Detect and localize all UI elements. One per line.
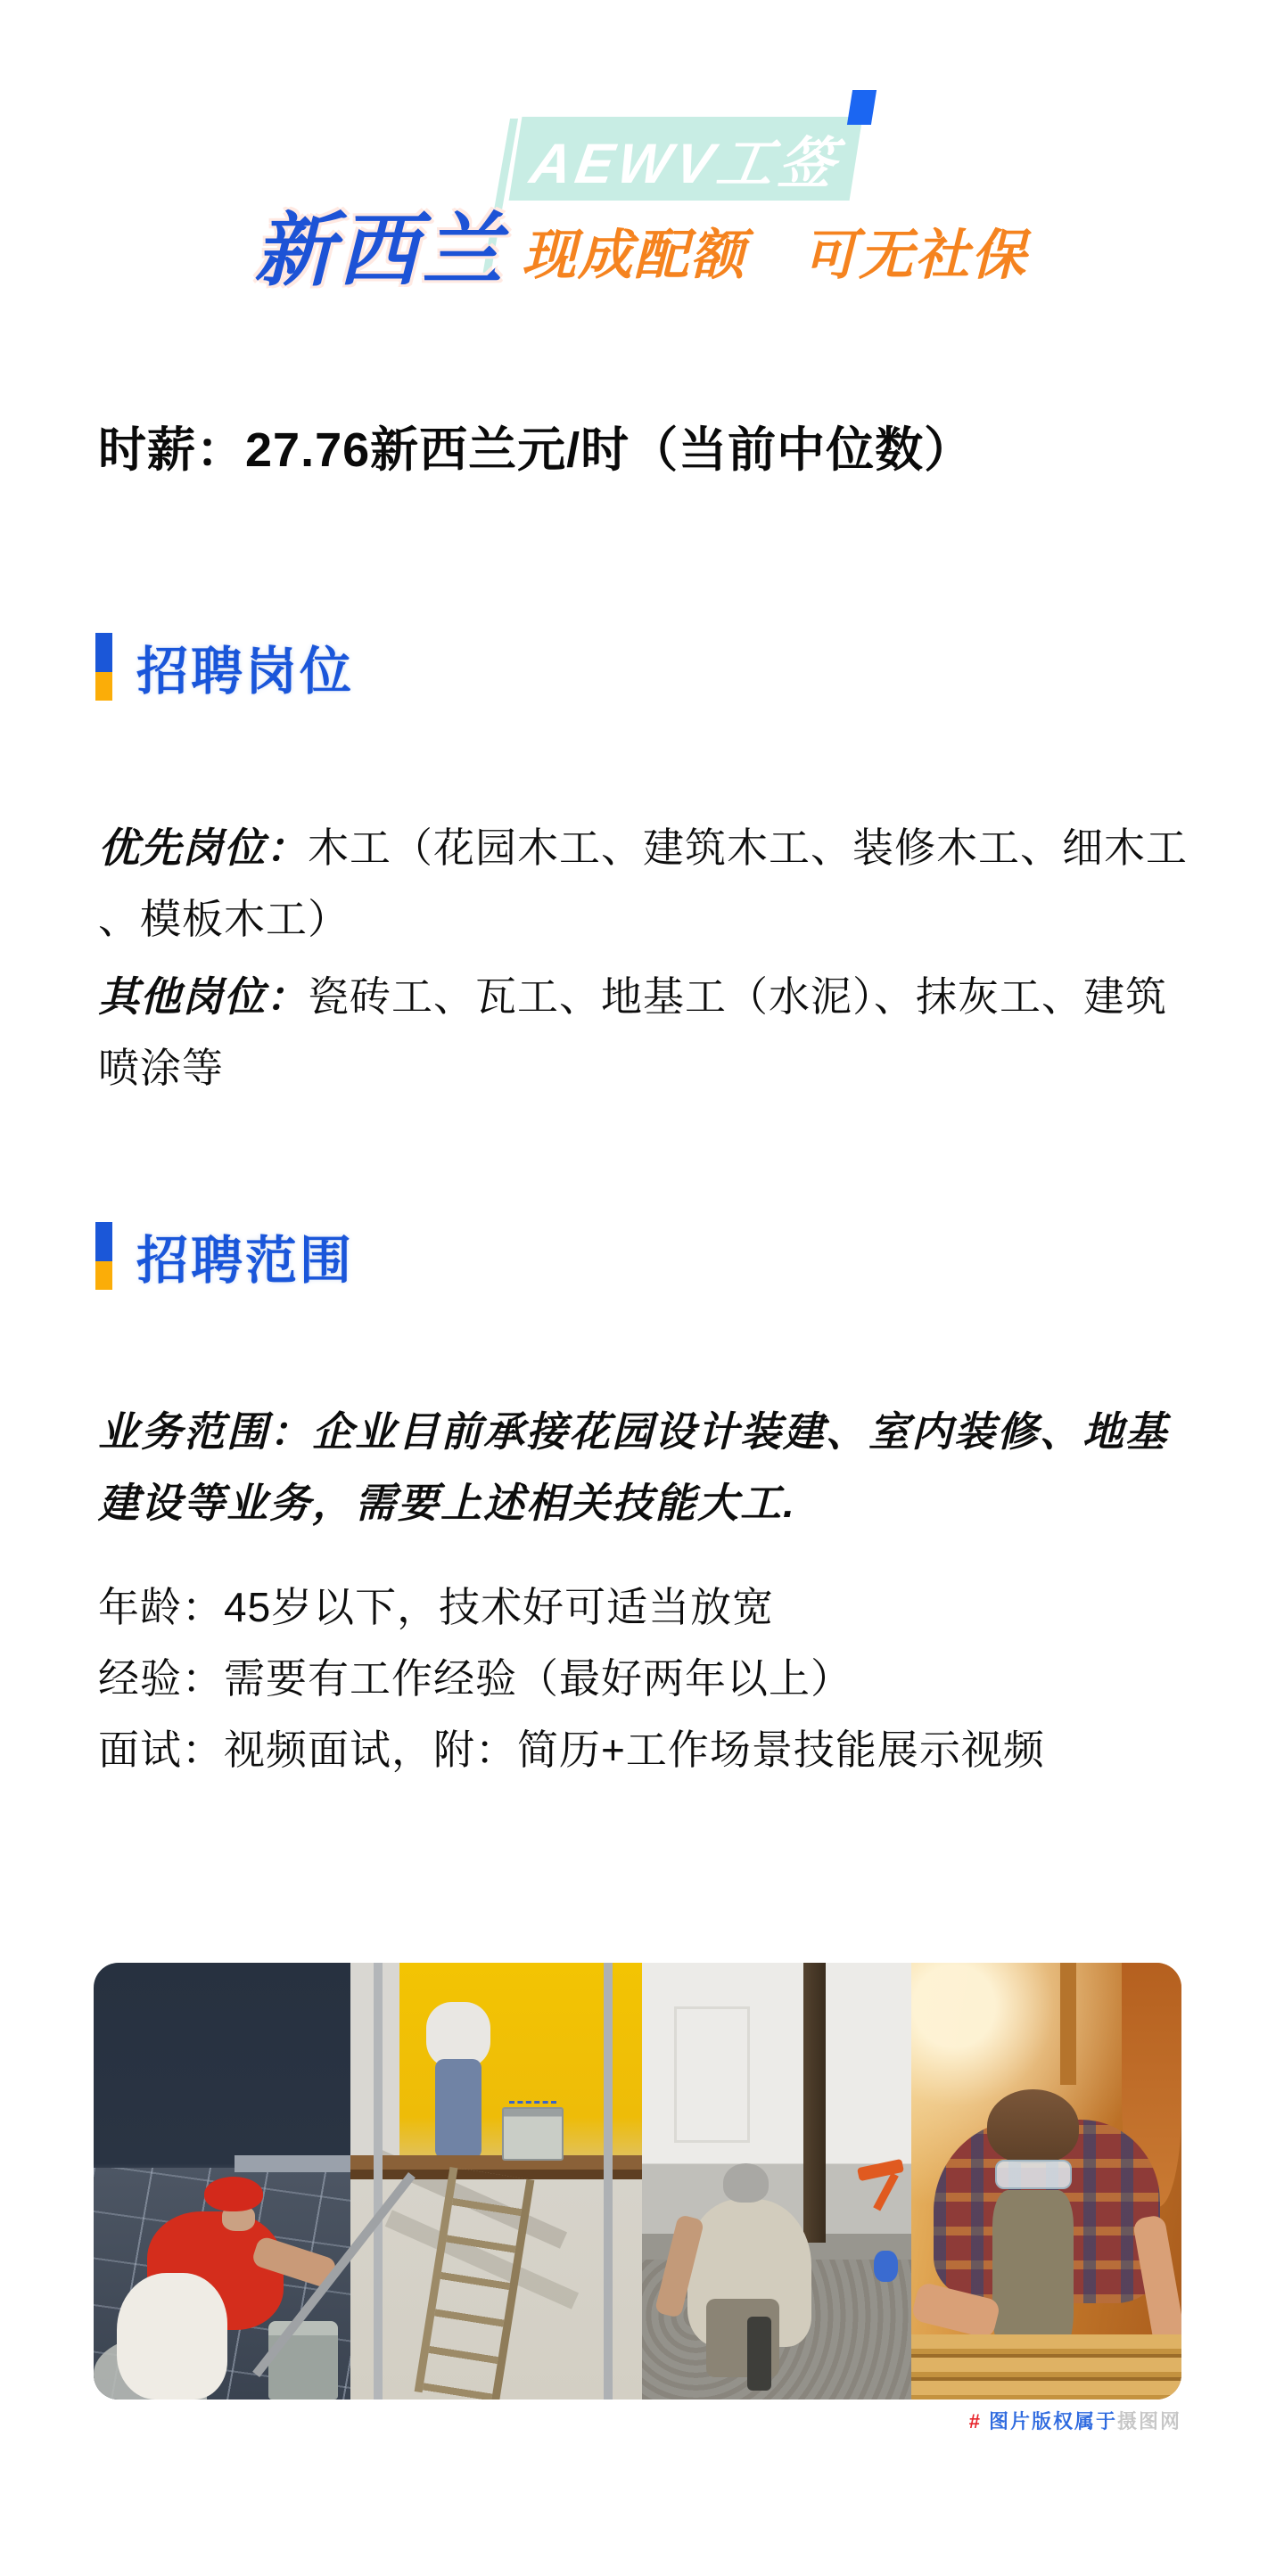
wall-door-shape [674, 2006, 750, 2143]
painter-shirt-shape [426, 2002, 490, 2068]
visa-badge-label: AEWV工签 [525, 119, 845, 200]
mortar-bucket-shape [268, 2321, 338, 2400]
other-positions-paragraph: 其他岗位：瓷砖工、瓦工、地基工（水泥）、抹灰工、建筑喷涂等 [98, 961, 1189, 1103]
country-title: 新西兰 [254, 185, 506, 301]
section-heading-scope: 招聘范围 [95, 1219, 354, 1292]
requirement-interview: 面试：视频面试，附：简历+工作场景技能展示视频 [98, 1714, 1213, 1785]
tiling-worker-photo [94, 1963, 350, 2400]
accent-square-decor [847, 90, 877, 125]
section-marker-bar [95, 633, 112, 701]
orange-tool-shape [873, 2173, 899, 2211]
wood-post-shape [803, 1963, 825, 2243]
scaffold-pole-shape [604, 1963, 613, 2400]
section-marker-bar [95, 1222, 112, 1290]
blue-glove-shape [874, 2251, 898, 2281]
section-title: 招聘范围 [136, 1218, 354, 1293]
hair-shape [987, 2089, 1079, 2163]
scaffold-pole-shape [374, 1963, 383, 2400]
wall-painter-photo [350, 1963, 642, 2400]
visa-badge: AEWV工签 [509, 117, 863, 201]
baseboard-shape [235, 2155, 350, 2173]
priority-label: 优先岗位： [98, 824, 308, 871]
painter-overalls-shape [435, 2059, 481, 2160]
other-label: 其他岗位： [98, 973, 308, 1020]
requirement-age: 年龄：45岁以下，技术好可适当放宽 [98, 1571, 1213, 1643]
watermark-label: 图片版权属于 [989, 2410, 1117, 2432]
requirements-list: 年龄：45岁以下，技术好可适当放宽 经验：需要有工作经验（最好两年以上） 面试：… [98, 1571, 1213, 1785]
wood-beam-shape [1060, 1963, 1076, 2085]
gray-hair-shape [723, 2163, 769, 2203]
paint-bucket-shape [502, 2107, 564, 2161]
wood-planks-shape [911, 2334, 1181, 2400]
copyright-watermark: #图片版权属于摄图网 [94, 2407, 1181, 2434]
watermark-hash: # [969, 2410, 982, 2432]
watermark-source: 摄图网 [1117, 2410, 1181, 2432]
priority-positions-paragraph: 优先岗位：木工（花园木工、建筑木工、装修木工、细木工、模板木工） [98, 812, 1189, 955]
header-tagline: 现成配额 可无社保 [522, 212, 1027, 290]
carpenter-photo [911, 1963, 1181, 2400]
red-cap-shape [204, 2177, 263, 2211]
ladder-shape [415, 2167, 535, 2400]
section-title: 招聘岗位 [136, 629, 354, 704]
concrete-worker-photo [642, 1963, 912, 2400]
rubber-boot-shape [747, 2317, 771, 2391]
safety-goggles-shape [995, 2160, 1072, 2189]
white-overalls-shape [117, 2273, 227, 2400]
salary-line: 时薪：27.76新西兰元/时（当前中位数） [98, 412, 973, 480]
worker-photo-collage [94, 1963, 1181, 2400]
requirement-experience: 经验：需要有工作经验（最好两年以上） [98, 1643, 1213, 1714]
section-heading-positions: 招聘岗位 [95, 630, 354, 703]
business-scope-paragraph: 业务范围：企业目前承接花园设计装建、室内装修、地基建设等业务，需要上述相关技能大… [98, 1396, 1207, 1538]
